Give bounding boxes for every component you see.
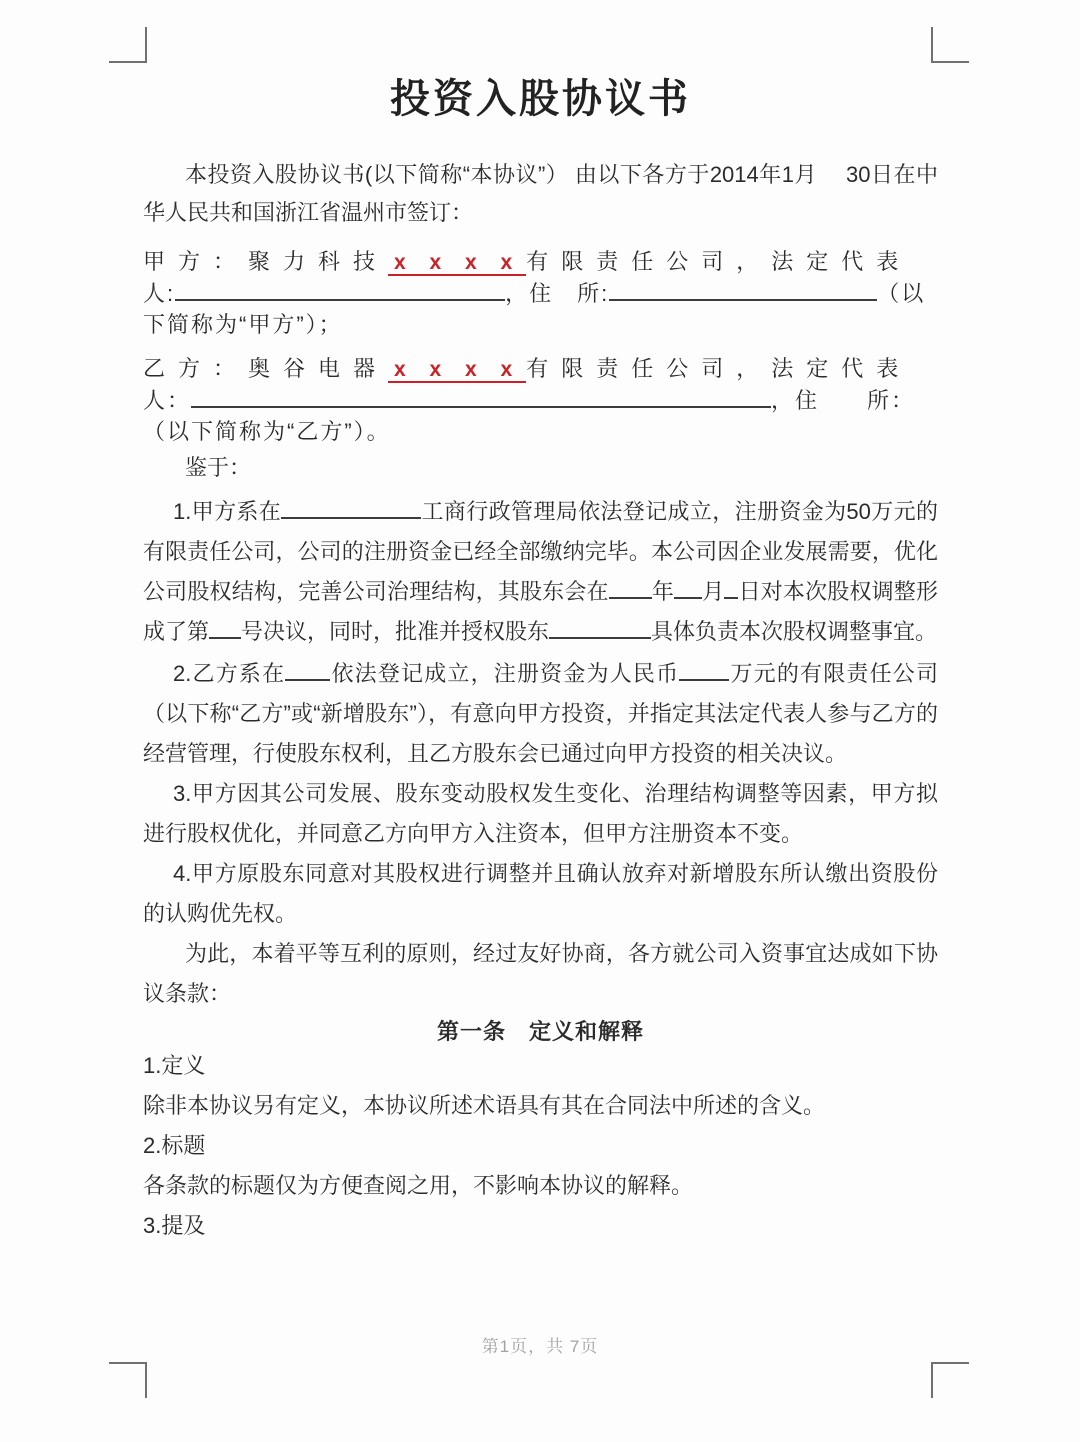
text-run: ，住 所： [771, 388, 915, 413]
text-line: 乙方：奥谷电器x x x x有限责任公司，法定代表 [143, 353, 938, 385]
party-a-paragraph: 甲方：聚力科技x x x x有限责任公司，法定代表人:，住 所:（以下简称为“甲… [143, 246, 938, 340]
text-line: 鉴于： [143, 449, 938, 487]
text-run: 2.乙方系在 [173, 661, 285, 686]
document-page: 投资入股协议书 本投资入股协议书(以下简称“本协议”） 由以下各方于2014年1… [0, 0, 1080, 1442]
text-line: 4.甲方原股东同意对其股权进行调整并且确认放弃对新增股东所认缴出资股份的认购优先… [143, 854, 938, 934]
text-run: 1.定义 [143, 1053, 205, 1078]
text-line: 2.标题 [143, 1126, 938, 1166]
text-run: 人： [143, 388, 191, 413]
blank-underline-field [724, 577, 738, 599]
text-run: 有限责任公司，法定代表 [526, 356, 911, 381]
text-run: （以下简称为“乙方”）。 [143, 419, 391, 444]
text-run: 除非本协议另有定义，本协议所述术语具有其在合同法中所述的含义。 [143, 1093, 825, 1118]
page-number-footer: 第1页，共 7页 [0, 1332, 1080, 1357]
text-line: 甲方：聚力科技x x x x有限责任公司，法定代表 [143, 246, 938, 278]
text-run: 2.标题 [143, 1133, 205, 1158]
recital-4: 4.甲方原股东同意对其股权进行调整并且确认放弃对新增股东所认缴出资股份的认购优先… [143, 854, 938, 934]
text-line: 人:，住 所:（以 [143, 278, 938, 309]
recital-3: 3.甲方因其公司发展、股东变动股权发生变化、治理结构调整等因素，甲方拟进行股权优… [143, 774, 938, 854]
text-line: 1.甲方系在工商行政管理局依法登记成立，注册资金为50万元的有限责任公司，公司的… [143, 492, 938, 652]
crop-mark-bottom-right [931, 1362, 969, 1398]
crop-mark-bottom-left [109, 1362, 147, 1398]
article-1-subsections: 1.定义除非本协议另有定义，本协议所述术语具有其在合同法中所述的含义。2.标题各… [143, 1046, 938, 1246]
blank-underline-field [609, 577, 652, 599]
text-run: 各条款的标题仅为方便查阅之用，不影响本协议的解释。 [143, 1173, 693, 1198]
crop-mark-top-left [109, 27, 147, 63]
text-line: 各条款的标题仅为方便查阅之用，不影响本协议的解释。 [143, 1166, 938, 1206]
text-line: （以下简称为“乙方”）。 [143, 416, 938, 447]
blank-underline-field [285, 659, 330, 681]
text-run: 月 [702, 579, 724, 604]
text-line: 除非本协议另有定义，本协议所述术语具有其在合同法中所述的含义。 [143, 1086, 938, 1126]
blank-underline-field [609, 279, 877, 301]
blank-underline-field [549, 617, 651, 639]
text-run: 甲方：聚力科技 [143, 249, 388, 274]
text-line: 1.定义 [143, 1046, 938, 1086]
blank-underline-field [209, 617, 241, 639]
document-title: 投资入股协议书 [143, 72, 938, 126]
text-run: 人: [143, 281, 175, 306]
text-run: 鉴于： [185, 455, 251, 480]
red-placeholder-text: x x x x [388, 251, 526, 276]
party-b-paragraph: 乙方：奥谷电器x x x x有限责任公司，法定代表人：，住 所：（以下简称为“乙… [143, 353, 938, 447]
text-line: 本投资入股协议书(以下简称“本协议”） 由以下各方于2014年1月 30日在中华… [143, 156, 938, 232]
text-line: 3.提及 [143, 1206, 938, 1246]
document-content: 投资入股协议书 本投资入股协议书(以下简称“本协议”） 由以下各方于2014年1… [143, 0, 938, 1246]
red-placeholder-text: x x x x [388, 358, 526, 383]
wherefore-paragraph: 为此，本着平等互利的原则，经过友好协商，各方就公司入资事宜达成如下协议条款： [143, 934, 938, 1014]
text-run: （以 [877, 281, 925, 306]
blank-underline-field [674, 577, 702, 599]
text-line: 人：，住 所： [143, 385, 938, 416]
text-run: ，住 所: [505, 281, 609, 306]
blank-underline-field [281, 497, 421, 519]
text-run: 乙方：奥谷电器 [143, 356, 388, 381]
text-run: 具体负责本次股权调整事宜。 [651, 619, 937, 644]
text-run: 号决议，同时，批准并授权股东 [241, 619, 549, 644]
text-line: 下简称为“甲方”）； [143, 309, 938, 340]
blank-underline-field [191, 386, 771, 408]
document-blocks: 本投资入股协议书(以下简称“本协议”） 由以下各方于2014年1月 30日在中华… [143, 156, 938, 1246]
text-run: 4.甲方原股东同意对其股权进行调整并且确认放弃对新增股东所认缴出资股份的认购优先… [143, 861, 938, 926]
text-line: 为此，本着平等互利的原则，经过友好协商，各方就公司入资事宜达成如下协议条款： [143, 934, 938, 1014]
text-line: 3.甲方因其公司发展、股东变动股权发生变化、治理结构调整等因素，甲方拟进行股权优… [143, 774, 938, 854]
text-run: 依法登记成立，注册资金为人民币 [330, 661, 679, 686]
intro-paragraph: 本投资入股协议书(以下简称“本协议”） 由以下各方于2014年1月 30日在中华… [143, 156, 938, 232]
text-line: 2.乙方系在依法登记成立，注册资金为人民币万元的有限责任公司（以下称“乙方”或“… [143, 654, 938, 774]
recital-1: 1.甲方系在工商行政管理局依法登记成立，注册资金为50万元的有限责任公司，公司的… [143, 492, 938, 652]
text-run: 3.提及 [143, 1213, 205, 1238]
text-run: 第一条 定义和解释 [437, 1019, 644, 1044]
text-run: 下简称为“甲方”）； [143, 312, 343, 337]
text-run: 本投资入股协议书(以下简称“本协议”） 由以下各方于2014年1月 30日在中华… [143, 162, 938, 225]
blank-underline-field [175, 279, 505, 301]
whereas-heading: 鉴于： [143, 449, 938, 487]
text-run: 有限责任公司，法定代表 [526, 249, 911, 274]
text-run: 为此，本着平等互利的原则，经过友好协商，各方就公司入资事宜达成如下协议条款： [143, 941, 938, 1006]
text-run: 1.甲方系在 [173, 499, 281, 524]
text-run: 3.甲方因其公司发展、股东变动股权发生变化、治理结构调整等因素，甲方拟进行股权优… [143, 781, 938, 846]
recital-2: 2.乙方系在依法登记成立，注册资金为人民币万元的有限责任公司（以下称“乙方”或“… [143, 654, 938, 774]
blank-underline-field [679, 659, 729, 681]
text-run: 年 [652, 579, 674, 604]
